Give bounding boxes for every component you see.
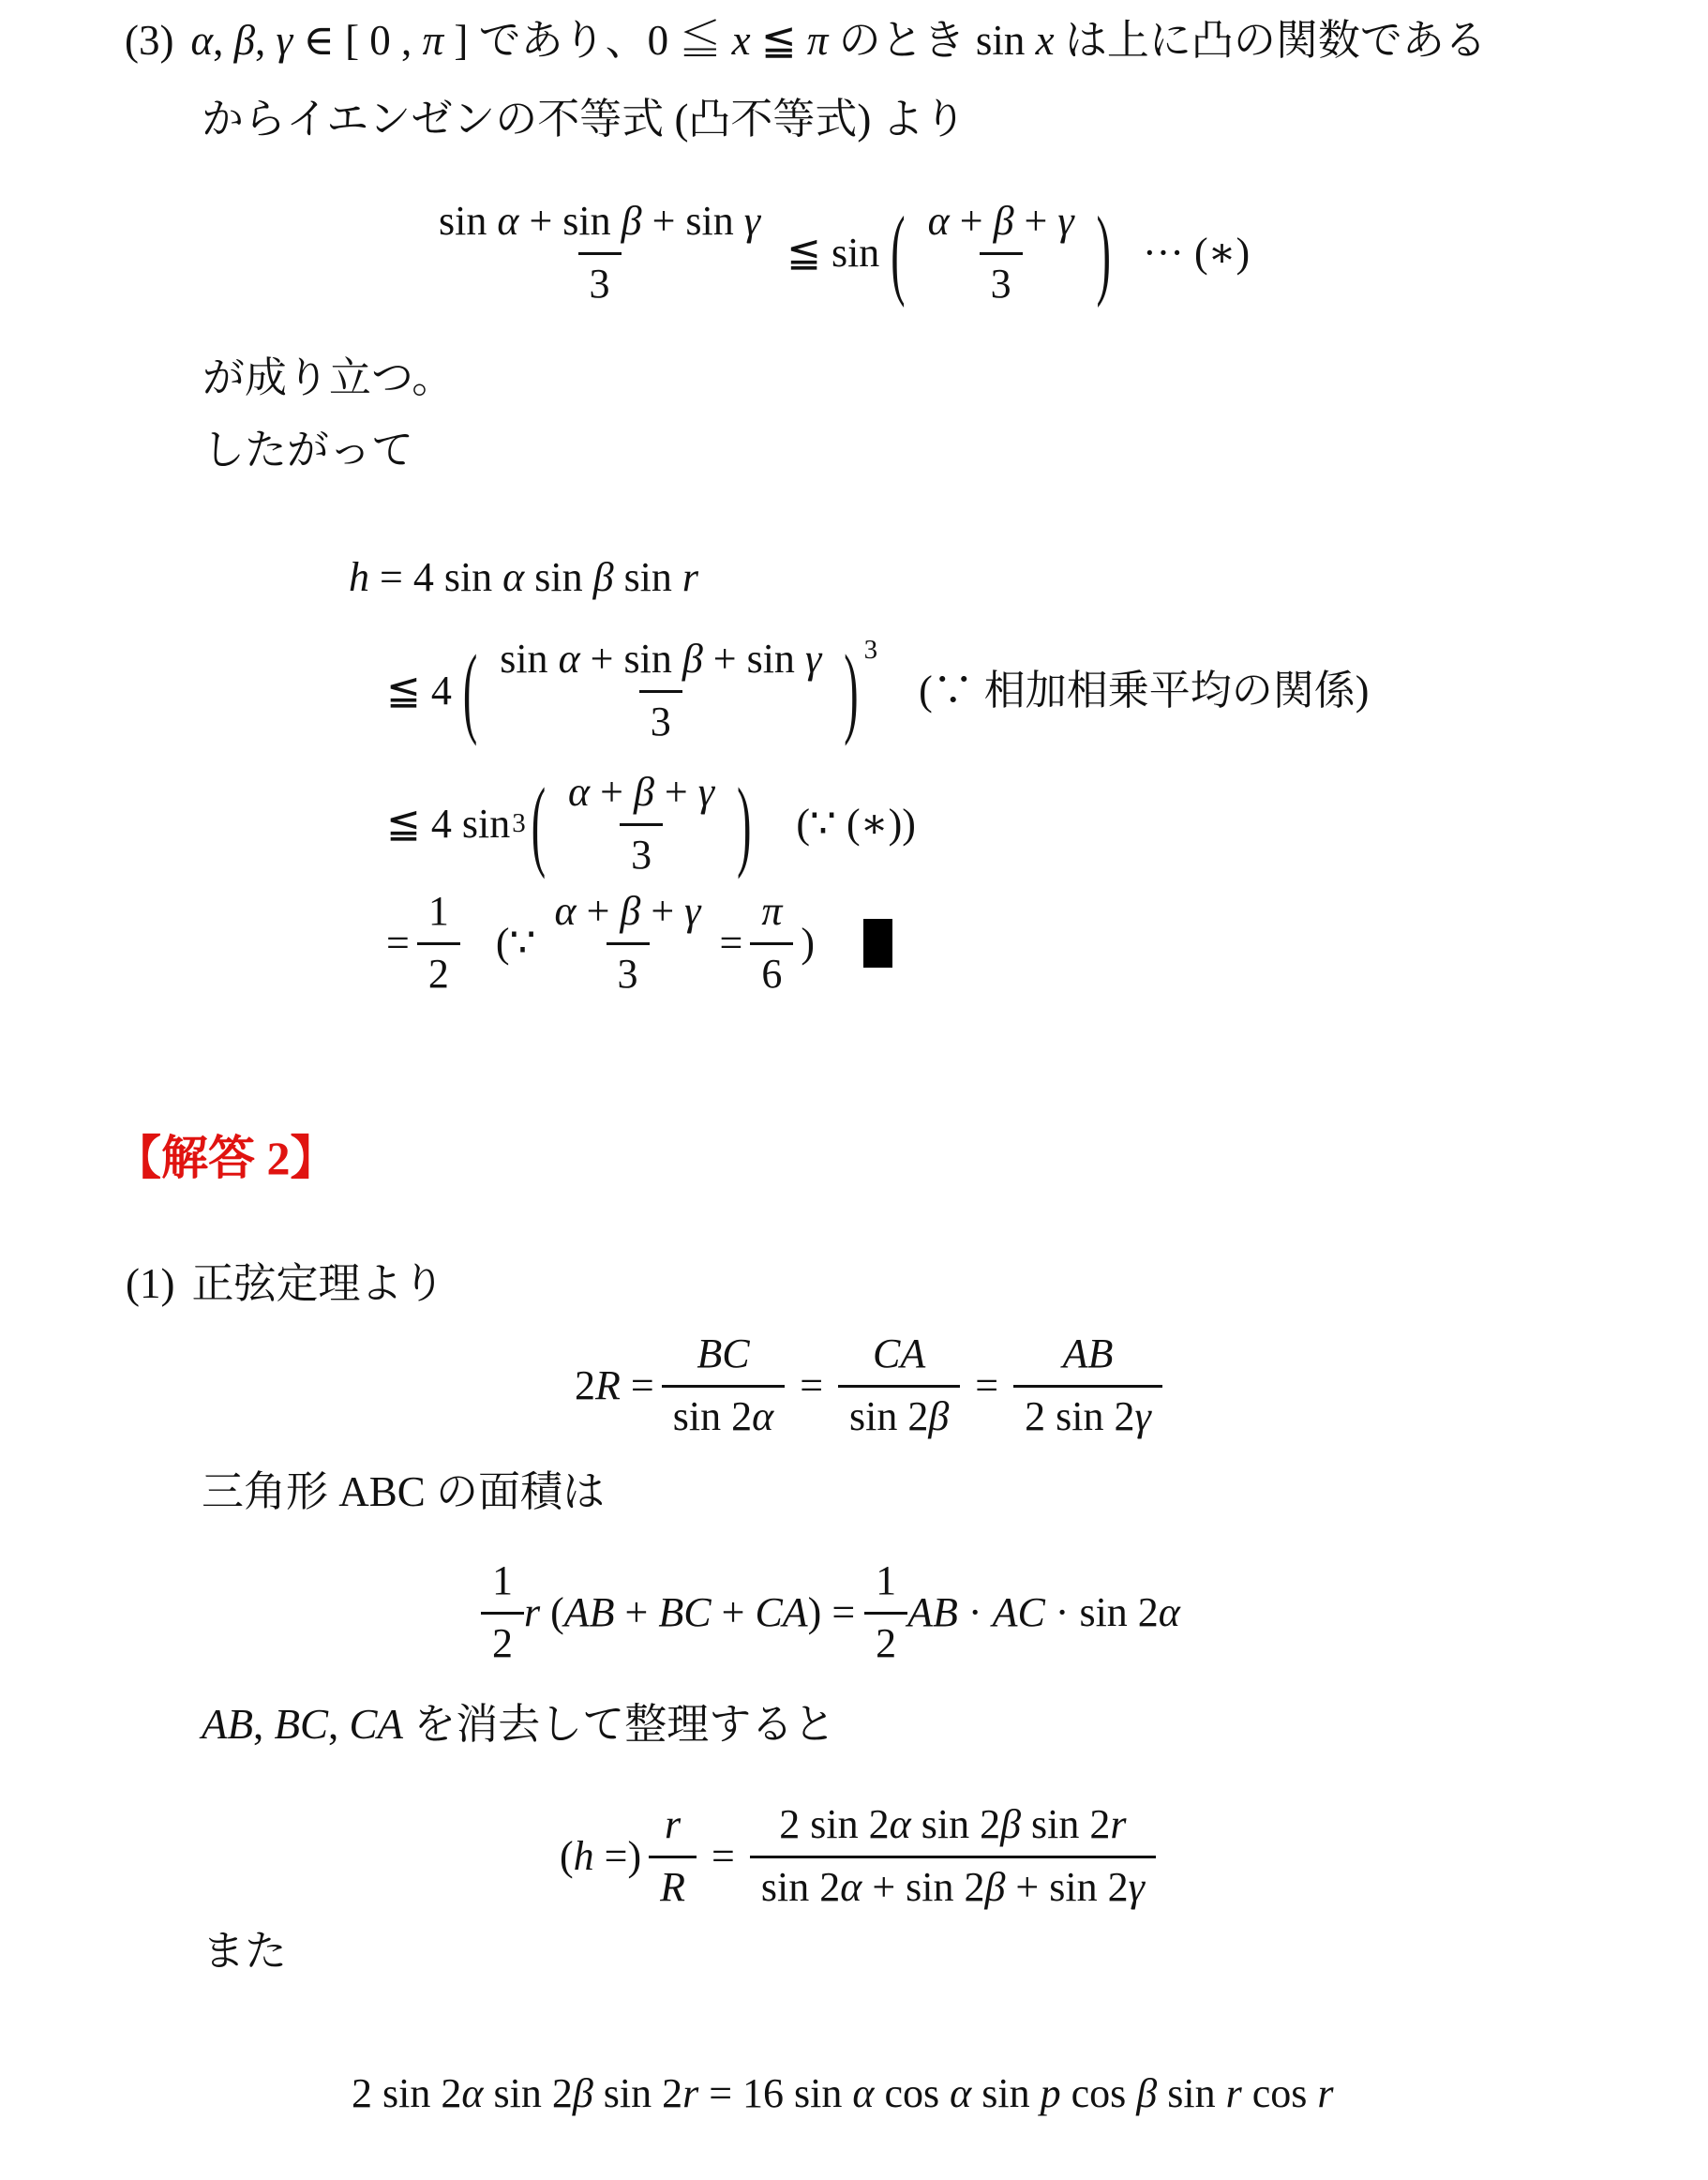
equals-sign: = (800, 1362, 823, 1410)
fraction: 1 2 (864, 1556, 907, 1669)
identity-expression: 2 sin 2α sin 2β sin 2r = 16 sin α cos α … (352, 2070, 1333, 2118)
equals-sign: = (712, 1833, 735, 1881)
fraction: r R (649, 1799, 697, 1913)
because-close: ) (801, 920, 815, 968)
denominator: 2 sin 2γ (1013, 1385, 1162, 1443)
equals-sign: = (975, 1362, 998, 1410)
numerator: sin α + sin β + sin γ (427, 196, 772, 252)
denominator: 2 (864, 1612, 907, 1670)
denominator: 2 (417, 942, 460, 1000)
numerator: α + β + γ (543, 886, 712, 942)
denominator: R (649, 1856, 697, 1914)
eq-chain-line-1: h = 4 sin α sin β sin r (349, 551, 698, 604)
big-paren-left: ( (532, 774, 546, 875)
fraction: 2 sin 2α sin 2β sin 2r sin 2α + sin 2β +… (750, 1799, 1156, 1913)
denominator: 3 (607, 942, 650, 1000)
math-solution-page: (3)α, β, γ ∈ [ 0 , π ] であり、0 ≦ x ≦ π のとき… (0, 0, 1708, 2180)
eq-chain-line-4: = 1 2 (∵ α + β + γ 3 = π 6 ) (386, 889, 892, 998)
denominator: 3 (639, 690, 682, 748)
denominator: 3 (620, 823, 663, 881)
also-line: また (202, 1926, 287, 1977)
denominator: 3 (980, 252, 1023, 310)
cube-exponent: 3 (512, 808, 526, 839)
elimination-line: AB, BC, CA を消去して整理すると (202, 1699, 835, 1750)
numerator: sin α + sin β + sin γ (488, 634, 832, 690)
numerator: CA (861, 1329, 936, 1385)
lead-term: 2R = (575, 1362, 654, 1410)
denominator: 6 (750, 942, 793, 1000)
holds-line: が成り立つ。 (202, 353, 454, 403)
big-paren-right: ) (844, 640, 858, 742)
relation: ≦ sin (787, 230, 879, 278)
numerator: π (750, 886, 793, 942)
eq-chain-line-2: ≦ 4 ( sin α + sin β + sin γ 3 ) 3 (∵ 相加相… (386, 616, 1369, 766)
part3-statement-line: (3)α, β, γ ∈ [ 0 , π ] であり、0 ≦ x ≦ π のとき… (125, 15, 1487, 66)
big-paren-right: ) (737, 774, 751, 875)
fraction: sin α + sin β + sin γ 3 (488, 634, 832, 747)
equation-tag-star: ··· (∗) (1143, 230, 1250, 278)
denominator: sin 2α + sin 2β + sin 2γ (750, 1856, 1156, 1914)
qed-mark (863, 919, 892, 968)
item-label-1: (1) (126, 1260, 174, 1307)
middle-term: r (AB + BC + CA) = (524, 1589, 855, 1637)
item-label-3: (3) (125, 17, 173, 64)
eq-h-ratio: (h =) r R = 2 sin 2α sin 2β sin 2r sin 2… (560, 1777, 1163, 1936)
jensen-intro-line: からイエンゼンの不等式 (凸不等式) より (202, 94, 966, 144)
item1-line: (1)正弦定理より (126, 1258, 445, 1309)
fraction: BC sin 2α (662, 1329, 785, 1442)
denominator: sin 2α (662, 1385, 785, 1443)
denominator: 3 (578, 252, 622, 310)
cube-exponent: 3 (864, 637, 878, 664)
fraction: 1 2 (481, 1556, 524, 1669)
reason-note: (∵ 相加相乗平均の関係) (919, 668, 1369, 715)
fraction: α + β + γ 3 (917, 196, 1086, 309)
relation: ≦ 4 sin (386, 801, 510, 849)
therefore-line: したがって (202, 425, 413, 475)
eq-chain-line-3: ≦ 4 sin3 ( α + β + γ 3 ) (∵ (∗)) (386, 749, 916, 899)
fraction: CA sin 2β (838, 1329, 960, 1442)
relation: = (386, 920, 410, 968)
answer2-heading: 【解答 2】 (114, 1133, 337, 1184)
numerator: BC (685, 1329, 760, 1385)
denominator: sin 2β (838, 1385, 960, 1443)
eq-product-identity: 2 sin 2α sin 2β sin 2r = 16 sin α cos α … (352, 2067, 1333, 2120)
lead-term: (h =) (560, 1833, 641, 1881)
numerator: r (653, 1799, 692, 1856)
relation: ≦ 4 (386, 668, 452, 715)
big-paren-left: ( (463, 640, 477, 742)
fraction: α + β + γ 3 (543, 886, 712, 1000)
big-paren-right: ) (1097, 203, 1111, 304)
numerator: 2 sin 2α sin 2β sin 2r (768, 1799, 1137, 1856)
denominator: 2 (481, 1612, 524, 1670)
because-open: (∵ (496, 920, 536, 968)
numerator: α + β + γ (917, 196, 1086, 252)
fraction: α + β + γ 3 (557, 767, 726, 880)
eq-jensen-star: sin α + sin β + sin γ 3 ≦ sin ( α + β + … (420, 178, 1250, 328)
part3-statement-text: α, β, γ ∈ [ 0 , π ] であり、0 ≦ x ≦ π のとき si… (190, 17, 1486, 64)
numerator: 1 (864, 1556, 907, 1612)
equals-sign: = (720, 920, 743, 968)
item1-text: 正弦定理より (191, 1260, 444, 1307)
area-intro-line: 三角形 ABC の面積は (202, 1466, 605, 1517)
eq-sine-rule: 2R = BC sin 2α = CA sin 2β = AB 2 sin 2γ (575, 1306, 1170, 1466)
numerator: 1 (417, 886, 460, 942)
fraction: 1 2 (417, 886, 460, 1000)
big-paren-left: ( (891, 203, 905, 304)
fraction: π 6 (750, 886, 793, 1000)
reason-note: (∵ (∗)) (796, 801, 916, 849)
numerator: AB (1052, 1329, 1125, 1385)
numerator: 1 (481, 1556, 524, 1612)
fraction: AB 2 sin 2γ (1013, 1329, 1162, 1442)
eq-area: 1 2 r (AB + BC + CA) = 1 2 AB · AC · sin… (473, 1556, 1180, 1669)
chain-expression-1: h = 4 sin α sin β sin r (349, 554, 698, 602)
right-term: AB · AC · sin 2α (907, 1589, 1180, 1637)
numerator: α + β + γ (557, 767, 726, 823)
fraction: sin α + sin β + sin γ 3 (427, 196, 772, 309)
